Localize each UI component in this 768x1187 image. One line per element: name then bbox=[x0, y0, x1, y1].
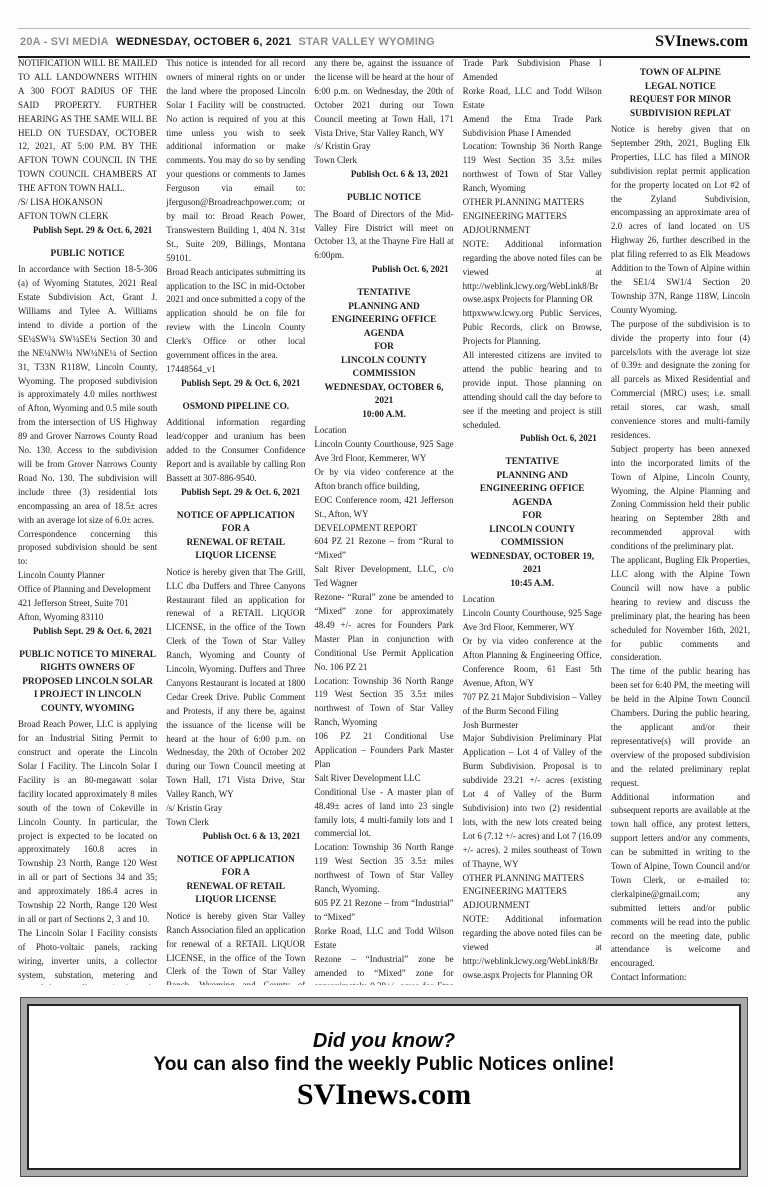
notice-line: Town Clerk bbox=[166, 816, 305, 830]
notice-line: Contact Information: bbox=[611, 971, 750, 985]
notice-paragraph: Notice is hereby given that The Grill, L… bbox=[166, 566, 305, 802]
notice-paragraph: Rezone – “Industrial” zone be amended to… bbox=[314, 953, 453, 985]
notice-paragraph: Subject property has been annexed into t… bbox=[611, 443, 750, 554]
notice-paragraph: Rorke Road, LLC and Todd Wilson Estate bbox=[463, 85, 602, 113]
notice-column: Trade Park Subdivision Phase I AmendedRo… bbox=[463, 57, 602, 985]
notice-paragraph: Major Subdivision Preliminary Plat Appli… bbox=[463, 732, 602, 871]
notice-line: /s/ Kristin Gray bbox=[314, 140, 453, 154]
notice-column: TOWN OF ALPINE LEGAL NOTICE REQUEST FOR … bbox=[611, 57, 750, 985]
notice-paragraph: Rorke Road, LLC and Todd Wilson Estate bbox=[314, 925, 453, 953]
notice-heading: TENTATIVE PLANNING AND ENGINEERING OFFIC… bbox=[463, 456, 602, 591]
notice-heading: TOWN OF ALPINE LEGAL NOTICE REQUEST FOR … bbox=[611, 67, 750, 121]
notice-paragraph: Office of Planning and Development bbox=[18, 583, 157, 597]
notice-paragraph: Rezone- “Rural” zone be amended to “Mixe… bbox=[314, 591, 453, 674]
notice-paragraph: Correspondence concerning this proposed … bbox=[18, 528, 157, 570]
notice-columns: NOTIFICATION WILL BE MAILED TO ALL LANDO… bbox=[18, 57, 750, 985]
notice-paragraph: NOTIFICATION WILL BE MAILED TO ALL LANDO… bbox=[18, 57, 157, 196]
promo-box: Did you know? You can also find the week… bbox=[20, 997, 748, 1177]
publish-line: Publish Sept. 29 & Oct. 6, 2021 bbox=[166, 486, 305, 500]
publish-line: Publish Oct. 6 & 13, 2021 bbox=[314, 168, 453, 182]
promo-headline: Did you know? bbox=[29, 1030, 739, 1053]
promo-site-url: SVInews.com bbox=[29, 1078, 739, 1112]
notice-line: 17448564_v1 bbox=[166, 363, 305, 377]
notice-paragraph: NOTE: Additional information regarding t… bbox=[463, 238, 602, 308]
notice-line: Lincoln County Planner bbox=[18, 569, 157, 583]
notice-paragraph: Conditional Use - A master plan of 48.49… bbox=[314, 786, 453, 842]
notice-paragraph: 106 PZ 21 Conditional Use Application – … bbox=[314, 730, 453, 772]
notice-heading: NOTICE OF APPLICATION FOR A RENEWAL OF R… bbox=[166, 510, 305, 564]
notice-paragraph: Location: Township 36 North Range 119 We… bbox=[314, 675, 453, 731]
notice-paragraph: Salt River Development, LLC, c/o Ted Wag… bbox=[314, 563, 453, 591]
notice-paragraph: 707 PZ 21 Major Subdivision – Valley of … bbox=[463, 691, 602, 719]
page-label: 20A - SVI MEDIA bbox=[20, 36, 109, 48]
notice-heading: NOTICE OF APPLICATION FOR A RENEWAL OF R… bbox=[166, 854, 305, 908]
notice-paragraph: Or by via video conference at the Afton … bbox=[463, 635, 602, 691]
publish-line: Publish Oct. 6, 2021 bbox=[314, 263, 453, 277]
notice-line: ADJOURNMENT bbox=[463, 899, 602, 913]
notice-paragraph: Location: Township 36 North Range 119 We… bbox=[463, 140, 602, 196]
notice-paragraph: Notice is hereby given that on September… bbox=[611, 123, 750, 318]
notice-paragraph: The Lincoln Solar I Facility consists of… bbox=[18, 927, 157, 985]
notice-paragraph: EOC Conference room, 421 Jefferson St., … bbox=[314, 494, 453, 522]
notice-paragraph: NOTE: Additional information regarding t… bbox=[463, 913, 602, 983]
masthead-region: STAR VALLEY WYOMING bbox=[298, 36, 434, 48]
notice-column: NOTIFICATION WILL BE MAILED TO ALL LANDO… bbox=[18, 57, 157, 985]
notice-line: Town Clerk bbox=[314, 154, 453, 168]
publish-line: Publish Sept. 29 & Oct. 6, 2021 bbox=[166, 377, 305, 391]
notice-line: /s/ Kristin Gray bbox=[166, 802, 305, 816]
notice-heading: PUBLIC NOTICE TO MINERAL RIGHTS OWNERS O… bbox=[18, 649, 157, 717]
notice-paragraph: Location: Township 36 North Range 119 We… bbox=[314, 841, 453, 897]
newspaper-page: 20A - SVI MEDIA WEDNESDAY, OCTOBER 6, 20… bbox=[0, 0, 768, 1187]
notice-heading: TENTATIVE PLANNING AND ENGINEERING OFFIC… bbox=[314, 287, 453, 422]
publish-line: Publish Oct. 6 & 13, 2021 bbox=[166, 830, 305, 844]
notice-paragraph: Notice is hereby given Star Valley Ranch… bbox=[166, 910, 305, 985]
notice-paragraph: This notice is intended for all record o… bbox=[166, 57, 305, 266]
notice-heading: OSMOND PIPELINE CO. bbox=[166, 401, 305, 415]
notice-line: OTHER PLANNING MATTERS bbox=[463, 196, 602, 210]
notice-paragraph: Lincoln County Courthouse, 925 Sage Ave … bbox=[463, 607, 602, 635]
notice-paragraph: In accordance with Section 18-5-306 (a) … bbox=[18, 263, 157, 527]
notice-line: Salt River Development LLC bbox=[314, 772, 453, 786]
masthead-date: WEDNESDAY, OCTOBER 6, 2021 bbox=[116, 36, 291, 48]
masthead-site-url: SVInews.com bbox=[655, 33, 748, 51]
notice-paragraph: Or by via video conference at the Afton … bbox=[314, 466, 453, 494]
notice-line: Afton, Wyoming 83110 bbox=[18, 611, 157, 625]
promo-subline: You can also find the weekly Public Noti… bbox=[29, 1053, 739, 1076]
notice-paragraph: Trade Park Subdivision Phase I Amended bbox=[463, 57, 602, 85]
notice-paragraph: httpxwww.lcwy.org Public Services, Pubic… bbox=[463, 307, 602, 349]
notice-paragraph: httpxwww.lcwy.org Public Services, Publi… bbox=[463, 983, 602, 985]
notice-paragraph: Additional information regarding lead/co… bbox=[166, 416, 305, 486]
notice-line: Josh Burmester bbox=[463, 719, 602, 733]
notice-paragraph: any there be, against the issuance of th… bbox=[314, 57, 453, 140]
notice-paragraph: 605 PZ 21 Rezone – from “Industrial” to … bbox=[314, 897, 453, 925]
notice-paragraph: Lincoln County Courthouse, 925 Sage Ave … bbox=[314, 438, 453, 466]
notice-column: This notice is intended for all record o… bbox=[166, 57, 305, 985]
notice-line: OTHER PLANNING MATTERS bbox=[463, 872, 602, 886]
notice-paragraph: All interested citizens are invited to a… bbox=[463, 349, 602, 432]
notice-line: DEVELOPMENT REPORT bbox=[314, 522, 453, 536]
notice-paragraph: The time of the public hearing has been … bbox=[611, 665, 750, 790]
publish-line: Publish Oct. 6, 2021 bbox=[463, 432, 602, 446]
notice-paragraph: Additional information and subsequent re… bbox=[611, 791, 750, 972]
promo-box-inner: Did you know? You can also find the week… bbox=[27, 1004, 741, 1170]
notice-line: Location bbox=[314, 424, 453, 438]
publish-line: Publish Sept. 29 & Oct. 6, 2021 bbox=[18, 625, 157, 639]
masthead-left: 20A - SVI MEDIA WEDNESDAY, OCTOBER 6, 20… bbox=[20, 36, 435, 48]
notice-line: Location bbox=[463, 593, 602, 607]
notice-line: ENGINEERING MATTERS bbox=[463, 210, 602, 224]
notice-line: /S/ LISA HOKANSON bbox=[18, 196, 157, 210]
notice-paragraph: Broad Reach Power, LLC is applying for a… bbox=[18, 718, 157, 927]
notice-paragraph: The applicant, Bugling Elk Properties, L… bbox=[611, 554, 750, 665]
notice-heading: PUBLIC NOTICE bbox=[18, 248, 157, 262]
masthead: 20A - SVI MEDIA WEDNESDAY, OCTOBER 6, 20… bbox=[18, 28, 750, 58]
notice-line: ENGINEERING MATTERS bbox=[463, 885, 602, 899]
notice-column: any there be, against the issuance of th… bbox=[314, 57, 453, 985]
notice-paragraph: The purpose of the subdivision is to div… bbox=[611, 318, 750, 443]
notice-paragraph: Amend the Etna Trade Park Subdivision Ph… bbox=[463, 113, 602, 141]
notice-paragraph: 604 PZ 21 Rezone – from “Rural to “Mixed… bbox=[314, 535, 453, 563]
notice-line: ADJOURNMENT bbox=[463, 224, 602, 238]
notice-line: AFTON TOWN CLERK bbox=[18, 210, 157, 224]
notice-paragraph: The Board of Directors of the Mid-Valley… bbox=[314, 208, 453, 264]
notice-line: 421 Jefferson Street, Suite 701 bbox=[18, 597, 157, 611]
publish-line: Publish Sept. 29 & Oct. 6, 2021 bbox=[18, 224, 157, 238]
notice-heading: PUBLIC NOTICE bbox=[314, 192, 453, 206]
notice-paragraph: Broad Reach anticipates submitting its a… bbox=[166, 266, 305, 363]
